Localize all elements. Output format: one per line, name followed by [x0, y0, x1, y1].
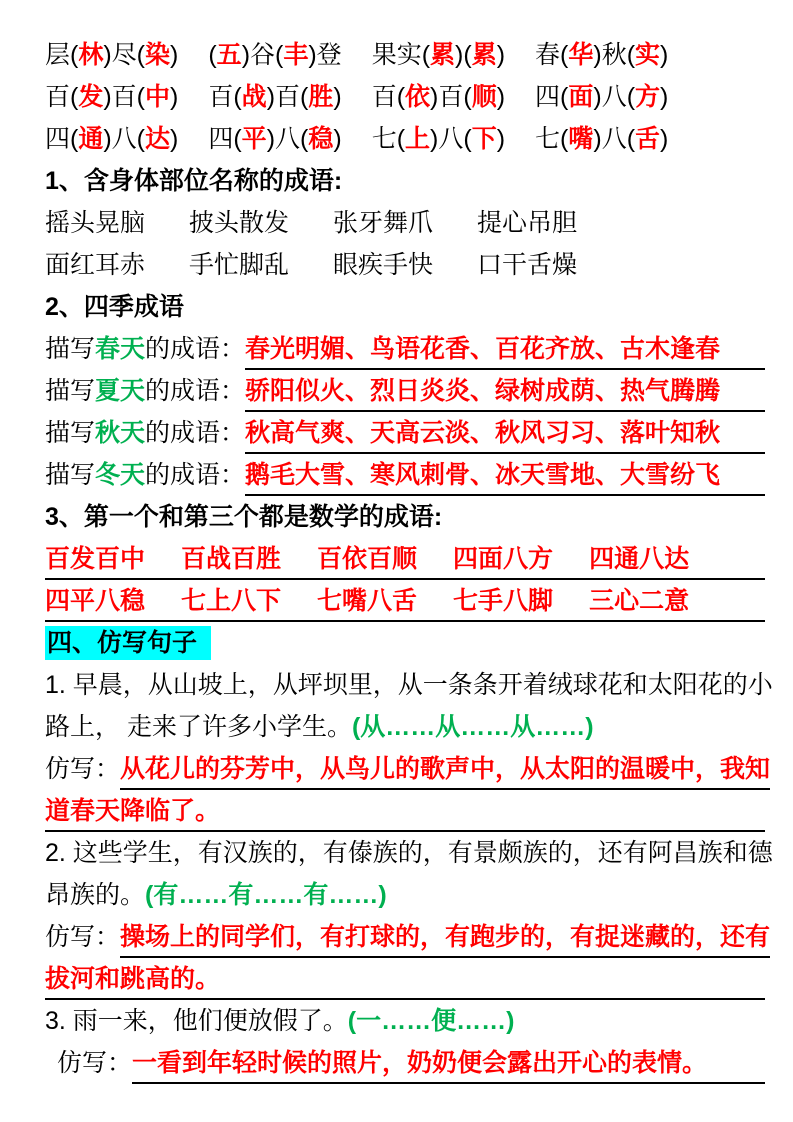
- blank-answer-char: 华: [568, 41, 593, 69]
- section4-heading-highlight: 四、仿写句子: [45, 626, 211, 660]
- season-prompt-suffix: 的成语：: [145, 328, 245, 370]
- blank-answer-char: 稳: [308, 125, 333, 153]
- example-sentence-line: 2. 这些学生，有汉族的，有傣族的，有景颇族的，还有阿昌族和德: [45, 832, 765, 874]
- blank-answer-char: 上: [405, 125, 430, 153]
- section4-heading-line: 四、仿写句子: [45, 622, 765, 664]
- season-line-autumn: 描写秋天的成语： 秋高气爽、天高云淡、秋风习习、落叶知秋: [45, 412, 765, 454]
- imitation-answer: 一看到年轻时候的照片，奶奶便会露出开心的表情。: [132, 1042, 765, 1084]
- fill-blank-row: 四(通)八(达)四(平)八(稳)七(上)八(下)七(嘴)八(舌): [45, 118, 765, 160]
- season-prompt-suffix: 的成语：: [145, 412, 245, 454]
- season-line-summer: 描写夏天的成语： 骄阳似火、烈日炎炎、绿树成荫、热气腾腾: [45, 370, 765, 412]
- blank-answer-char: 嘴: [568, 125, 593, 153]
- blank-answer-char: 依: [405, 83, 430, 111]
- idiom-group: (五)谷(丰)登: [208, 41, 341, 69]
- idiom-group: 手忙脚乱: [189, 251, 289, 279]
- season-answer: 骄阳似火、烈日炎炎、绿树成荫、热气腾腾: [245, 370, 765, 412]
- season-prompt-suffix: 的成语：: [145, 370, 245, 412]
- imitation-label: 仿写：: [57, 1042, 132, 1084]
- fill-blank-row: 百(发)百(中)百(战)百(胜)百(依)百(顺)四(面)八(方): [45, 76, 765, 118]
- idiom-row: 摇头晃脑披头散发张牙舞爪提心吊胆: [45, 202, 765, 244]
- season-word: 夏天: [95, 370, 145, 412]
- season-prompt-prefix: 描写: [45, 370, 95, 412]
- blank-answer-char: 累: [472, 41, 497, 69]
- blank-answer-char: 累: [430, 41, 455, 69]
- blank-answer-char: 丰: [283, 41, 308, 69]
- imitation-answer-line: 仿写： 一看到年轻时候的照片，奶奶便会露出开心的表情。: [45, 1042, 765, 1084]
- idiom-group: 七上八下: [181, 587, 281, 615]
- worksheet-page: 层(林)尽(染)(五)谷(丰)登果实(累)(累)春(华)秋(实) 百(发)百(中…: [0, 0, 793, 1122]
- blank-answer-char: 中: [145, 83, 170, 111]
- number-idiom-row: 四平八稳七上八下七嘴八舌七手八脚三心二意: [45, 580, 765, 622]
- season-prompt-suffix: 的成语：: [145, 454, 245, 496]
- idiom-group: 果实(累)(累): [372, 41, 505, 69]
- sentence-text: 3. 雨一来，他们便放假了。: [45, 1007, 348, 1035]
- idiom-group: 春(华)秋(实): [535, 41, 668, 69]
- idiom-group: 四(通)八(达): [45, 125, 178, 153]
- number-idiom-row: 百发百中百战百胜百依百顺四面八方四通八达: [45, 538, 765, 580]
- sentence-text: 1. 早晨，从山坡上，从坪坝里，从一条条开着绒球花和太阳花的小: [45, 671, 773, 699]
- idiom-group: 七手八脚: [453, 587, 553, 615]
- season-word: 春天: [95, 328, 145, 370]
- blank-answer-char: 实: [635, 41, 660, 69]
- idiom-row: 面红耳赤手忙脚乱眼疾手快口干舌燥: [45, 244, 765, 286]
- blank-answer-char: 达: [145, 125, 170, 153]
- pattern-hint: (从……从……从……): [352, 713, 594, 741]
- season-answer: 秋高气爽、天高云淡、秋风习习、落叶知秋: [245, 412, 765, 454]
- blank-answer-char: 平: [242, 125, 267, 153]
- idiom-group: 百(依)百(顺): [372, 83, 505, 111]
- idiom-group: 七(上)八(下): [372, 125, 505, 153]
- season-line-spring: 描写春天的成语： 春光明媚、鸟语花香、百花齐放、古木逢春: [45, 328, 765, 370]
- pattern-hint: (一……便……): [348, 1007, 515, 1035]
- idiom-group: 百(战)百(胜): [208, 83, 341, 111]
- season-word: 秋天: [95, 412, 145, 454]
- idiom-group: 摇头晃脑: [45, 209, 145, 237]
- idiom-group: 百战百胜: [181, 545, 281, 573]
- section1-heading: 1、含身体部位名称的成语:: [45, 160, 765, 202]
- season-word: 冬天: [95, 454, 145, 496]
- idiom-group: 披头散发: [189, 209, 289, 237]
- blank-answer-char: 顺: [472, 83, 497, 111]
- idiom-group: 眼疾手快: [333, 251, 433, 279]
- idiom-group: 口干舌燥: [477, 251, 577, 279]
- idiom-group: 七嘴八舌: [317, 587, 417, 615]
- idiom-group: 四(面)八(方): [535, 83, 668, 111]
- imitation-answer-line: 仿写： 操场上的同学们，有打球的，有跑步的，有捉迷藏的，还有: [45, 916, 765, 958]
- section3-heading: 3、第一个和第三个都是数学的成语:: [45, 496, 765, 538]
- example-sentence-line: 3. 雨一来，他们便放假了。(一……便……): [45, 1000, 765, 1042]
- pattern-hint: (有……有……有……): [145, 881, 387, 909]
- idiom-group: 提心吊胆: [477, 209, 577, 237]
- idiom-group: 四通八达: [589, 545, 689, 573]
- idiom-group: 四平八稳: [45, 587, 145, 615]
- sentence-text: 2. 这些学生，有汉族的，有傣族的，有景颇族的，还有阿昌族和德: [45, 839, 773, 867]
- blank-answer-char: 染: [145, 41, 170, 69]
- blank-answer-char: 舌: [635, 125, 660, 153]
- fill-blank-row: 层(林)尽(染)(五)谷(丰)登果实(累)(累)春(华)秋(实): [45, 34, 765, 76]
- idiom-group: 四面八方: [453, 545, 553, 573]
- idiom-group: 百(发)百(中): [45, 83, 178, 111]
- season-prompt-prefix: 描写: [45, 454, 95, 496]
- imitation-label: 仿写：: [45, 748, 120, 790]
- season-answer: 鹅毛大雪、寒风刺骨、冰天雪地、大雪纷飞: [245, 454, 765, 496]
- idiom-group: 面红耳赤: [45, 251, 145, 279]
- season-prompt-prefix: 描写: [45, 328, 95, 370]
- example-sentence-line: 1. 早晨，从山坡上，从坪坝里，从一条条开着绒球花和太阳花的小: [45, 664, 765, 706]
- blank-answer-char: 通: [78, 125, 103, 153]
- blank-answer-char: 发: [78, 83, 103, 111]
- blank-answer-char: 林: [78, 41, 103, 69]
- idiom-group: 百发百中: [45, 545, 145, 573]
- imitation-answer-line: 仿写： 从花儿的芬芳中，从鸟儿的歌声中，从太阳的温暖中，我知: [45, 748, 765, 790]
- imitation-answer-line: 道春天降临了。: [45, 790, 765, 832]
- season-prompt-prefix: 描写: [45, 412, 95, 454]
- idiom-group: 百依百顺: [317, 545, 417, 573]
- idiom-group: 张牙舞爪: [333, 209, 433, 237]
- idiom-group: 七(嘴)八(舌): [535, 125, 668, 153]
- blank-answer-char: 胜: [308, 83, 333, 111]
- blank-answer-char: 方: [635, 83, 660, 111]
- idiom-group: 层(林)尽(染): [45, 41, 178, 69]
- blank-answer-char: 下: [472, 125, 497, 153]
- sentence-text: 路上， 走来了许多小学生。: [45, 713, 352, 741]
- imitation-answer: 操场上的同学们，有打球的，有跑步的，有捉迷藏的，还有: [120, 916, 770, 958]
- imitation-label: 仿写：: [45, 916, 120, 958]
- idiom-group: 三心二意: [589, 587, 689, 615]
- example-sentence-line: 昂族的。(有……有……有……): [45, 874, 765, 916]
- imitation-answer-line: 拔河和跳高的。: [45, 958, 765, 1000]
- blank-answer-char: 五: [217, 41, 242, 69]
- idiom-group: 四(平)八(稳): [208, 125, 341, 153]
- example-sentence-line: 路上， 走来了许多小学生。(从……从……从……): [45, 706, 765, 748]
- season-line-winter: 描写冬天的成语： 鹅毛大雪、寒风刺骨、冰天雪地、大雪纷飞: [45, 454, 765, 496]
- season-answer: 春光明媚、鸟语花香、百花齐放、古木逢春: [245, 328, 765, 370]
- section2-heading: 2、四季成语: [45, 286, 765, 328]
- imitation-answer: 从花儿的芬芳中，从鸟儿的歌声中，从太阳的温暖中，我知: [120, 748, 770, 790]
- blank-answer-char: 战: [242, 83, 267, 111]
- blank-answer-char: 面: [568, 83, 593, 111]
- sentence-text: 昂族的。: [45, 881, 145, 909]
